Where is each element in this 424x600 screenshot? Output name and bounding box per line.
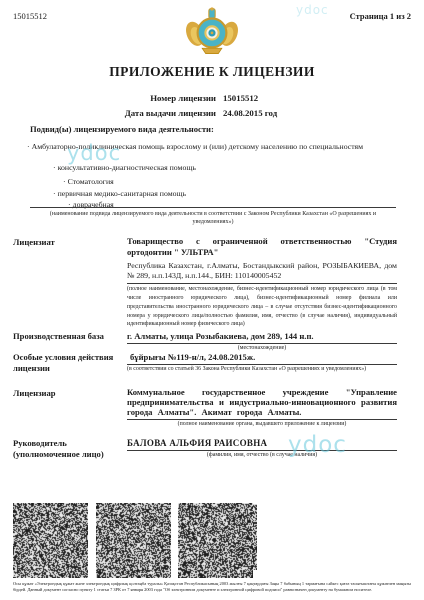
kazakhstan-emblem-icon bbox=[185, 6, 239, 63]
special-conditions-value: бұйрығы №119-н/л, 24.08.2015ж. bbox=[127, 352, 397, 362]
divider-line bbox=[127, 283, 397, 284]
subtype-item-label: консультативно-диагностическая помощь bbox=[58, 163, 196, 172]
production-base-label: Производственная база bbox=[13, 331, 119, 342]
subtype-item-label: первичная медико-санитарная помощь bbox=[58, 189, 187, 198]
qr-code-icon bbox=[178, 503, 253, 578]
license-number-row: Номер лицензии 15015512 bbox=[0, 93, 424, 103]
licensee-block: Товарищество с ограниченной ответственно… bbox=[127, 236, 397, 329]
licensor-block: Коммунальное государственное учреждение … bbox=[127, 387, 397, 429]
production-base-block: г. Алматы, улица Розыбакиева, дом 289, 1… bbox=[127, 331, 397, 353]
bullet-dot: · bbox=[53, 189, 56, 198]
special-conditions-label: Особые условия действия лицензии bbox=[13, 352, 119, 374]
issue-date-value: 24.08.2015 год bbox=[223, 108, 277, 118]
issue-date-label: Дата выдачи лицензии bbox=[0, 108, 216, 118]
subtype-item-label: Амбулаторно-поликлиническая помощь взрос… bbox=[32, 142, 363, 151]
special-conditions-block: бұйрығы №119-н/л, 24.08.2015ж. (в соотве… bbox=[127, 352, 397, 374]
licensee-address: Республика Казахстан, г.Алматы, Бостанды… bbox=[127, 261, 397, 280]
special-conditions-caption: (в соответствии со статьей 36 Закона Рес… bbox=[127, 365, 397, 374]
production-base-value: г. Алматы, улица Розыбакиева, дом 289, 1… bbox=[127, 331, 397, 341]
license-appendix-page: 15015512 Страница 1 из 2 ПРИЛОЖЕНИЕ К ЛИ… bbox=[0, 0, 424, 600]
ydoc-watermark: ydoc bbox=[296, 3, 329, 17]
qr-code-icon bbox=[13, 503, 88, 578]
license-number-value: 15015512 bbox=[223, 93, 258, 103]
head-label: Руководитель (уполномоченное лицо) bbox=[13, 438, 119, 460]
bullet-dot: · bbox=[63, 177, 66, 186]
divider-line bbox=[30, 207, 396, 208]
licensee-name: Товарищество с ограниченной ответственно… bbox=[127, 236, 397, 258]
document-title: ПРИЛОЖЕНИЕ К ЛИЦЕНЗИИ bbox=[0, 64, 424, 80]
head-name: БАЛОВА АЛЬФИЯ РАИСОВНА bbox=[127, 438, 397, 448]
subtype-item-consultative: ·консультативно-диагностическая помощь bbox=[53, 163, 196, 172]
subtypes-heading: Подвид(ы) лицензируемого вида деятельнос… bbox=[30, 124, 214, 134]
document-number-header: 15015512 bbox=[13, 11, 47, 21]
subtypes-caption: (наименование подвида лицензируемого вид… bbox=[30, 210, 396, 226]
issue-date-row: Дата выдачи лицензии 24.08.2015 год bbox=[0, 108, 424, 118]
head-caption: (фамилия, имя, отчество (в случае наличи… bbox=[127, 451, 397, 460]
bullet-dot: · bbox=[53, 163, 56, 172]
licensor-caption: (полное наименование органа, выдавшего п… bbox=[127, 420, 397, 429]
qr-code-icon bbox=[96, 503, 171, 578]
subtype-item-primary-care: ·первичная медико-санитарная помощь bbox=[53, 189, 186, 198]
vertical-code-strip bbox=[253, 504, 257, 570]
licensor-value: Коммунальное государственное учреждение … bbox=[127, 387, 397, 417]
subtype-item-stomatology: ·Стоматология bbox=[63, 177, 114, 186]
page-indicator: Страница 1 из 2 bbox=[350, 11, 411, 21]
license-number-label: Номер лицензии bbox=[0, 93, 216, 103]
head-block: БАЛОВА АЛЬФИЯ РАИСОВНА (фамилия, имя, от… bbox=[127, 438, 397, 460]
subtype-item-ambulatory: ·Амбулаторно-поликлиническая помощь взро… bbox=[27, 142, 363, 151]
licensor-label: Лицензиар bbox=[13, 388, 119, 399]
subtype-item-label: Стоматология bbox=[68, 177, 114, 186]
licensee-label: Лицензиат bbox=[13, 237, 119, 248]
bullet-dot: · bbox=[27, 142, 30, 151]
licensee-caption: (полное наименование, местонахождение, б… bbox=[127, 285, 397, 329]
legal-footer-text: Осы құжат «Электрондық құжат және электр… bbox=[13, 581, 411, 592]
